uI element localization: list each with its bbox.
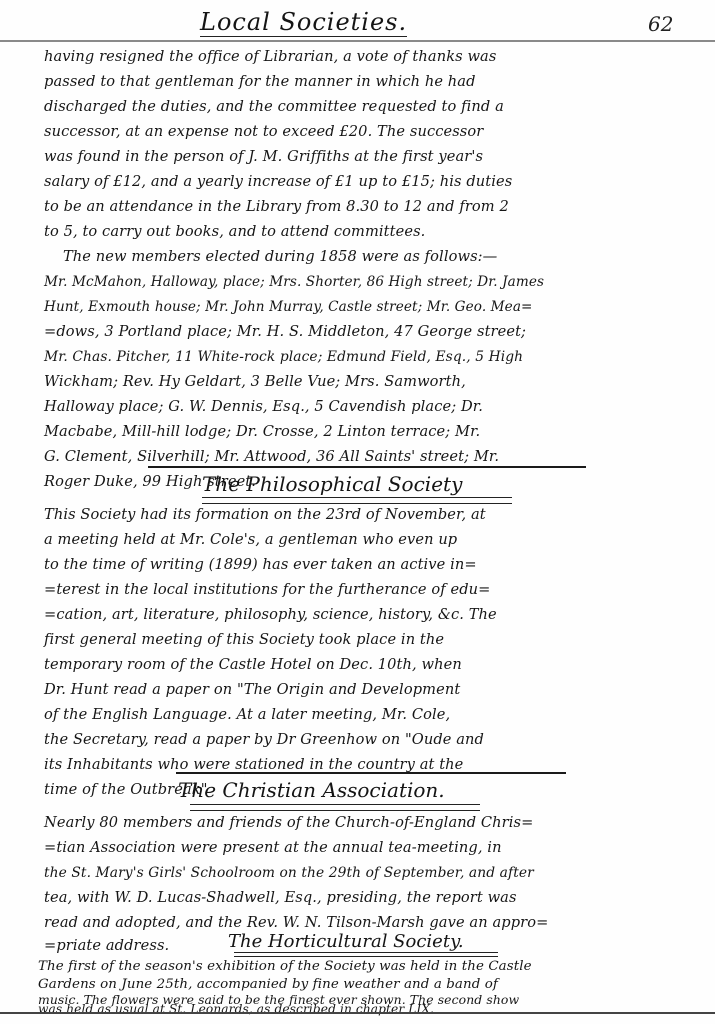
- text-line: successor, at an expense not to exceed £…: [44, 121, 684, 143]
- text-line: Nearly 80 members and friends of the Chu…: [44, 812, 684, 834]
- text-line: the Secretary, read a paper by Dr Greenh…: [44, 729, 684, 751]
- text-line: of the English Language. At a later meet…: [44, 704, 684, 726]
- page-title: Local Societies.: [200, 8, 407, 37]
- text-line: to the time of writing (1899) has ever t…: [44, 554, 684, 576]
- text-line: salary of £12, and a yearly increase of …: [44, 171, 684, 193]
- manuscript-page: Local Societies. 62 having resigned the …: [0, 0, 715, 1024]
- text-line: This Society had its formation on the 23…: [44, 504, 684, 526]
- text-line: Halloway place; G. W. Dennis, Esq., 5 Ca…: [44, 396, 684, 418]
- heading-underline: [202, 497, 512, 504]
- page-header: Local Societies. 62: [0, 0, 715, 42]
- page-number: 62: [648, 12, 673, 36]
- text-line: =tian Association were present at the an…: [44, 837, 684, 859]
- section-heading: The Christian Association.: [178, 778, 445, 802]
- text-line: =cation, art, literature, philosophy, sc…: [44, 604, 684, 626]
- text-line: =dows, 3 Portland place; Mr. H. S. Middl…: [44, 321, 684, 343]
- text-line: tea, with W. D. Lucas-Shadwell, Esq., pr…: [44, 887, 684, 909]
- text-line: was held as usual at St. Leonards, as de…: [38, 1003, 678, 1016]
- section-heading: The Philosophical Society: [202, 472, 462, 496]
- text-line: Mr. Chas. Pitcher, 11 White-rock place; …: [44, 346, 684, 368]
- text-line: to 5, to carry out books, and to attend …: [44, 221, 684, 243]
- text-line: having resigned the office of Librarian,…: [44, 46, 684, 68]
- text-line: discharged the duties, and the committee…: [44, 96, 684, 118]
- heading-underline: [190, 804, 480, 811]
- bottom-rule: [0, 1012, 715, 1014]
- text-line: Dr. Hunt read a paper on "The Origin and…: [44, 679, 684, 701]
- header-rule: [0, 40, 715, 42]
- heading-underline: [234, 952, 498, 957]
- text-line: to be an attendance in the Library from …: [44, 196, 684, 218]
- text-line: first general meeting of this Society to…: [44, 629, 684, 651]
- text-line: the St. Mary's Girls' Schoolroom on the …: [44, 862, 684, 884]
- text-line: Macbabe, Mill-hill lodge; Dr. Crosse, 2 …: [44, 421, 684, 443]
- section-heading: The Horticultural Society.: [228, 930, 464, 954]
- text-line: Mr. McMahon, Halloway, place; Mrs. Short…: [44, 271, 684, 293]
- text-line: The first of the season's exhibition of …: [38, 958, 678, 976]
- text-line: temporary room of the Castle Hotel on De…: [44, 654, 684, 676]
- section-divider: [148, 466, 586, 468]
- text-line: was found in the person of J. M. Griffit…: [44, 146, 684, 168]
- section-divider: [176, 772, 566, 774]
- text-line: passed to that gentleman for the manner …: [44, 71, 684, 93]
- text-line: a meeting held at Mr. Cole's, a gentlema…: [44, 529, 684, 551]
- text-line: The new members elected during 1858 were…: [44, 246, 684, 268]
- text-line: Hunt, Exmouth house; Mr. John Murray, Ca…: [44, 296, 684, 318]
- text-line: Wickham; Rev. Hy Geldart, 3 Belle Vue; M…: [44, 371, 684, 393]
- text-line: G. Clement, Silverhill; Mr. Attwood, 36 …: [44, 446, 684, 468]
- text-line: =terest in the local institutions for th…: [44, 579, 684, 601]
